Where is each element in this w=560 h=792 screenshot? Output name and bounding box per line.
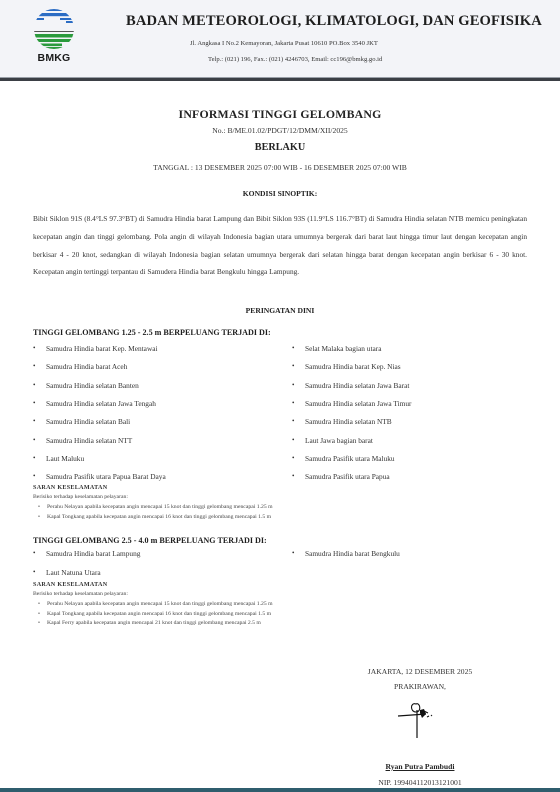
location-name: Samudra Hindia selatan Jawa Barat [305, 381, 409, 390]
letterhead: BMKG BADAN METEOROLOGI, KLIMATOLOGI, DAN… [0, 0, 560, 78]
location-name: Samudra Hindia selatan NTB [305, 417, 392, 426]
safety-advice-text: Kapal Tongkang apabila kecepatan angin m… [47, 514, 271, 520]
bullet-icon: • [292, 454, 294, 462]
bullet-icon: • [292, 417, 294, 425]
location-name: Samudra Hindia barat Lampung [46, 549, 140, 558]
validity-label: BERLAKU [0, 142, 560, 153]
synoptic-title: KONDISI SINOPTIK: [0, 189, 560, 198]
bullet-icon: • [292, 436, 294, 444]
safety-advice-text: Perahu Nelayan apabila kecepatan angin m… [47, 601, 273, 607]
safety-advice-text: Kapal Tongkang apabila kecepatan angin m… [47, 611, 271, 617]
safety-advice-text: Perahu Nelayan apabila kecepatan angin m… [47, 504, 273, 510]
document-title: INFORMASI TINGGI GELOMBANG [0, 107, 560, 122]
bullet-icon: • [33, 549, 35, 557]
location-name: Samudra Hindia selatan Jawa Timur [305, 399, 411, 408]
bullet-icon: • [292, 344, 294, 352]
bullet-icon: • [38, 601, 47, 607]
location-name: Samudra Pasifik utara Papua [305, 472, 390, 481]
location-name: Samudra Pasifik utara Maluku [305, 454, 395, 463]
wave-section-heading: TINGGI GELOMBANG 2.5 - 4.0 m BERPELUANG … [33, 536, 267, 545]
document-number: No.: B/ME.01.02/PDGT/12/DMM/XII/2025 [0, 126, 560, 135]
safety-advice-intro: Berisiko terhadap keselamatan pelayaran: [33, 591, 128, 597]
organization-contact: Telp.: (021) 196, Fax.: (021) 4246703, E… [208, 56, 382, 63]
signatory-name: Ryan Putra Pambudi [360, 762, 480, 771]
bullet-icon: • [33, 436, 35, 444]
location-name: Samudra Hindia selatan Bali [46, 417, 130, 426]
location-name: Samudra Pasifik utara Papua Barat Daya [46, 472, 166, 481]
bullet-icon: • [33, 381, 35, 389]
bullet-icon: • [292, 472, 294, 480]
validity-period: TANGGAL : 13 DESEMBER 2025 07:00 WIB - 1… [0, 163, 560, 172]
bullet-icon: • [38, 620, 47, 626]
signatory-nip: NIP. 199404112013121001 [360, 778, 480, 787]
safety-advice-item: •Perahu Nelayan apabila kecepatan angin … [38, 601, 273, 607]
bullet-icon: • [292, 399, 294, 407]
signature-icon [396, 700, 442, 740]
location-name: Laut Natuna Utara [46, 568, 101, 577]
bullet-icon: • [38, 611, 47, 617]
safety-advice-title: SARAN KESELAMATAN [33, 582, 107, 588]
footer-bar [0, 788, 560, 792]
organization-name: BADAN METEOROLOGI, KLIMATOLOGI, DAN GEOF… [126, 13, 526, 30]
location-name: Samudra Hindia selatan NTT [46, 436, 132, 445]
synoptic-paragraph: Bibit Siklon 91S (8.4°LS 97.3°BT) di Sam… [33, 210, 527, 281]
bullet-icon: • [33, 344, 35, 352]
location-name: Samudra Hindia selatan Jawa Tengah [46, 399, 156, 408]
location-name: Samudra Hindia barat Aceh [46, 362, 127, 371]
bullet-icon: • [33, 472, 35, 480]
early-warning-title: PERINGATAN DINI [0, 306, 560, 315]
location-name: Laut Jawa bagian barat [305, 436, 373, 445]
location-name: Samudra Hindia barat Bengkulu [305, 549, 400, 558]
bullet-icon: • [33, 362, 35, 370]
safety-advice-title: SARAN KESELAMATAN [33, 485, 107, 491]
bullet-icon: • [292, 549, 294, 557]
bullet-icon: • [33, 417, 35, 425]
header-divider [0, 77, 560, 81]
location-name: Samudra Hindia selatan Banten [46, 381, 139, 390]
wave-section-heading: TINGGI GELOMBANG 1.25 - 2.5 m BERPELUANG… [33, 328, 271, 337]
bullet-icon: • [292, 381, 294, 389]
bullet-icon: • [33, 399, 35, 407]
bullet-icon: • [33, 568, 35, 576]
safety-advice-item: •Kapal Tongkang apabila kecepatan angin … [38, 514, 271, 520]
logo-text: BMKG [32, 52, 76, 64]
signature-place-date: JAKARTA, 12 DESEMBER 2025 [360, 667, 480, 676]
bullet-icon: • [38, 514, 47, 520]
bullet-icon: • [33, 454, 35, 462]
safety-advice-intro: Berisiko terhadap keselamatan pelayaran: [33, 494, 128, 500]
location-name: Laut Maluku [46, 454, 84, 463]
bullet-icon: • [38, 504, 47, 510]
safety-advice-item: •Kapal Tongkang apabila kecepatan angin … [38, 611, 271, 617]
safety-advice-item: •Kapal Ferry apabila kecepatan angin men… [38, 620, 261, 626]
location-name: Samudra Hindia barat Kep. Nias [305, 362, 401, 371]
location-name: Samudra Hindia barat Kep. Mentawai [46, 344, 158, 353]
location-name: Selat Malaka bagian utara [305, 344, 381, 353]
safety-advice-item: •Perahu Nelayan apabila kecepatan angin … [38, 504, 273, 510]
signature-role: PRAKIRAWAN, [360, 682, 480, 691]
organization-address: Jl. Angkasa I No.2 Kemayoran, Jakarta Pu… [190, 40, 378, 47]
safety-advice-text: Kapal Ferry apabila kecepatan angin menc… [47, 620, 261, 626]
bullet-icon: • [292, 362, 294, 370]
